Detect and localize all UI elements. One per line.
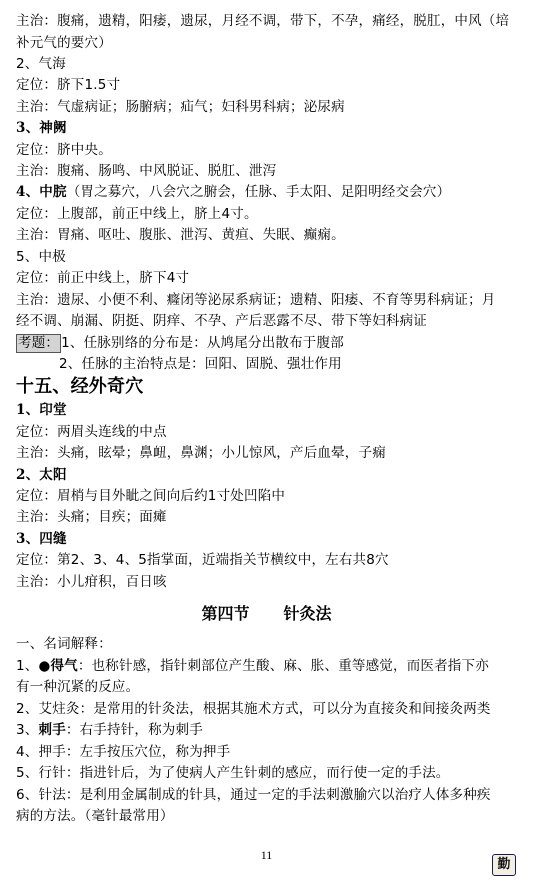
text-line: 主治：遗尿、小便不利、癃闭等泌尿系病证；遗精、阳痿、不育等男科病证；月 bbox=[16, 290, 523, 311]
term-number: 3、 bbox=[16, 722, 39, 738]
term-definition: 也称针感，指针刺部位产生酸、麻、胀、重等感觉，而医者指下亦 bbox=[92, 658, 489, 674]
term-name: 刺手 bbox=[39, 722, 66, 738]
term-name: 艾炷灸 bbox=[39, 701, 80, 717]
term-sep: ： bbox=[66, 787, 80, 803]
text-line: 主治：腹痛、肠鸣、中风脱证、脱肛、泄泻 bbox=[16, 161, 523, 182]
point-heading: 2、气海 bbox=[16, 54, 523, 75]
term-sep: ： bbox=[80, 701, 94, 717]
term-number: 6、 bbox=[16, 787, 39, 803]
term-item: 5、行针：指进针后，为了使病人产生针刺的感应，而行使一定的手法。 bbox=[16, 763, 523, 784]
term-name: ●得气 bbox=[39, 658, 78, 674]
term-definition: 指进针后，为了使病人产生针刺的感应，而行使一定的手法。 bbox=[80, 765, 450, 781]
term-definition: 右手持针，称为刺手 bbox=[80, 722, 203, 738]
chapter-title: 第四节针灸法 bbox=[0, 601, 533, 624]
point-title: 4、中脘 bbox=[16, 184, 67, 200]
term-name: 行针 bbox=[39, 765, 66, 781]
text-line: 主治：头痛；目疾；面瘫 bbox=[16, 507, 523, 528]
point-heading: 5、中极 bbox=[16, 247, 523, 268]
term-number: 4、 bbox=[16, 744, 39, 760]
point-heading: 4、中脘（胃之募穴，八会穴之腑会，任脉、手太阳、足阳明经交会穴） bbox=[16, 182, 523, 203]
term-definition: 是常用的针灸法，根据其施术方式，可以分为直接灸和间接灸两类 bbox=[93, 701, 490, 717]
term-sep: ： bbox=[66, 765, 80, 781]
stamp-icon: 勤 bbox=[492, 854, 516, 876]
text-line: 主治：头痛，眩晕；鼻衄，鼻渊；小儿惊风，产后血晕，子痫 bbox=[16, 443, 523, 464]
point-heading: 1、印堂 bbox=[16, 400, 523, 421]
text-line: 定位：前正中线上，脐下4寸 bbox=[16, 268, 523, 289]
text-line: 主治：腹痛，遗精，阳痿，遗尿，月经不调，带下，不孕，痛经，脱肛，中风（培 bbox=[16, 11, 523, 32]
term-item: 6、针法：是利用金属制成的针具，通过一定的手法刺激腧穴以治疗人体多种疾 bbox=[16, 785, 523, 806]
term-number: 1、 bbox=[16, 658, 39, 674]
text-line: 经不调、崩漏、阴挺、阴痒、不孕、产后恶露不尽、带下等妇科病证 bbox=[16, 311, 523, 332]
chapter-name: 针灸法 bbox=[284, 604, 332, 623]
term-number: 5、 bbox=[16, 765, 39, 781]
section-title: 十五、经外奇穴 bbox=[16, 375, 523, 399]
text-line: 补元气的要穴） bbox=[16, 33, 523, 54]
text-line: 主治：胃痛、呕吐、腹胀、泄泻、黄疸、失眠、癫痫。 bbox=[16, 225, 523, 246]
term-name: 针法 bbox=[39, 787, 66, 803]
chapter-number: 第四节 bbox=[201, 604, 249, 623]
term-name: 押手 bbox=[39, 744, 66, 760]
text-line: 定位：两眉头连线的中点 bbox=[16, 422, 523, 443]
term-number: 2、 bbox=[16, 701, 39, 717]
text-line: 定位：脐中央。 bbox=[16, 140, 523, 161]
text-line: 定位：上腹部，前正中线上，脐上4寸。 bbox=[16, 204, 523, 225]
point-heading: 2、太阳 bbox=[16, 465, 523, 486]
exam-question: 2、任脉的主治特点是：回阳、固脱、强壮作用 bbox=[16, 354, 523, 375]
term-continuation: 有一种沉紧的反应。 bbox=[16, 677, 523, 698]
text-line: 定位：第2、3、4、5指掌面，近端指关节横纹中，左右共8穴 bbox=[16, 550, 523, 571]
term-sep: ： bbox=[78, 658, 92, 674]
term-item: 1、●得气：也称针感，指针刺部位产生酸、麻、胀、重等感觉，而医者指下亦 bbox=[16, 656, 523, 677]
text-line: 主治：小儿疳积，百日咳 bbox=[16, 572, 523, 593]
text-line: 主治：气虚病证；肠腑病；疝气；妇科男科病；泌尿病 bbox=[16, 97, 523, 118]
point-heading: 3、神阙 bbox=[16, 118, 523, 139]
point-heading: 3、四缝 bbox=[16, 529, 523, 550]
exam-label: 考题： bbox=[16, 334, 61, 353]
term-item: 2、艾炷灸：是常用的针灸法，根据其施术方式，可以分为直接灸和间接灸两类 bbox=[16, 699, 523, 720]
point-note: （胃之募穴，八会穴之腑会，任脉、手太阳、足阳明经交会穴） bbox=[67, 184, 451, 200]
term-definition: 是利用金属制成的针具，通过一定的手法刺激腧穴以治疗人体多种疾 bbox=[80, 787, 491, 803]
term-item: 4、押手：左手按压穴位，称为押手 bbox=[16, 742, 523, 763]
exam-question: 考题：1、任脉别络的分布是：从鸠尾分出散布于腹部 bbox=[16, 333, 523, 354]
text-line: 定位：脐下1.5寸 bbox=[16, 75, 523, 96]
term-continuation: 病的方法。（毫针最常用） bbox=[16, 806, 523, 827]
term-item: 3、刺手：右手持针，称为刺手 bbox=[16, 720, 523, 741]
page-number: 11 bbox=[0, 848, 533, 863]
term-definition: 左手按压穴位，称为押手 bbox=[80, 744, 231, 760]
text-line: 定位：眉梢与目外眦之间向后约1寸处凹陷中 bbox=[16, 486, 523, 507]
terms-heading: 一、名词解释： bbox=[16, 634, 523, 655]
exam-item: 1、任脉别络的分布是：从鸠尾分出散布于腹部 bbox=[61, 335, 344, 351]
term-sep: ： bbox=[66, 744, 80, 760]
term-sep: ： bbox=[66, 722, 80, 738]
